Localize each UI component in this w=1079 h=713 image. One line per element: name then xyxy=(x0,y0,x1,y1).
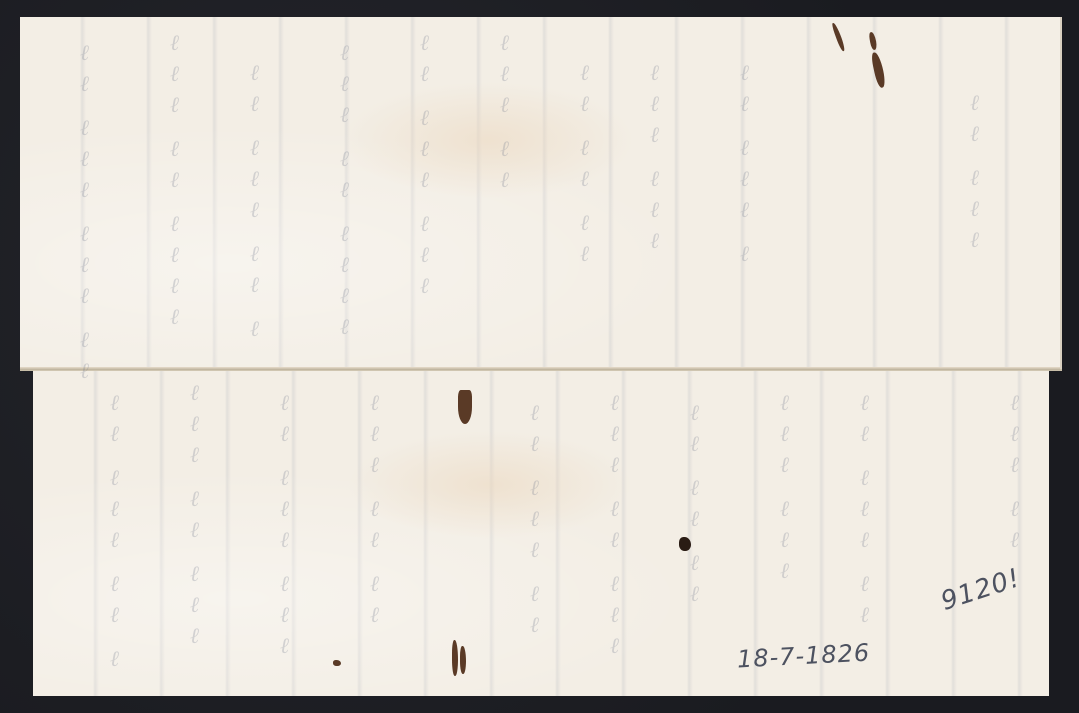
ink-spot xyxy=(333,660,341,666)
ink-spot xyxy=(460,646,466,674)
ink-spot xyxy=(458,390,472,424)
ink-spot xyxy=(679,537,691,551)
letter-upper-flap xyxy=(20,17,1062,369)
letter-lower-panel xyxy=(33,370,1049,696)
ink-spot xyxy=(452,640,458,676)
